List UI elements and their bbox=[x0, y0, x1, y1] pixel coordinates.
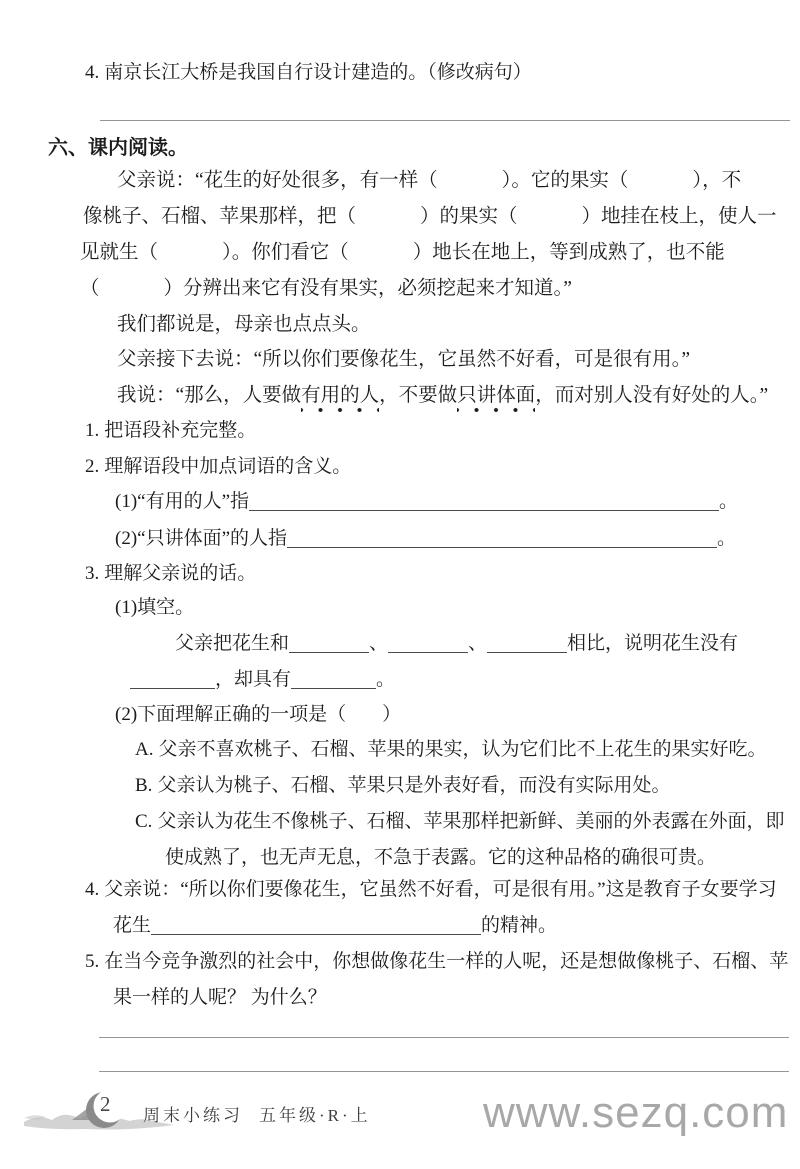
passage-line: 我说：“那么，人要做有用的人，不要做只讲体面，而对别人没有好处的人。” bbox=[117, 383, 768, 409]
question-line-top-4: 4.南京长江大桥是我国自行设计建造的。（修改病句） bbox=[85, 60, 532, 86]
text-run: 像桃子、石榴、苹果那样，把（ bbox=[83, 206, 356, 227]
text-run: 理解父亲说的话。 bbox=[104, 563, 256, 584]
question-3: 3.理解父亲说的话。 bbox=[85, 561, 256, 587]
text-run: 父亲不喜欢桃子、石榴、苹果的果实，认为它们比不上花生的果实好吃。 bbox=[158, 739, 766, 760]
text-run: 理解语段中加点词语的含义。 bbox=[104, 456, 351, 477]
question-5-continued: 果一样的人呢？ 为什么？ bbox=[113, 985, 327, 1011]
fill-in-gap bbox=[346, 719, 382, 720]
answer-blank bbox=[151, 915, 481, 935]
answer-blank bbox=[487, 633, 567, 653]
passage-line: 我们都说是，母亲也点点头。 bbox=[117, 312, 371, 338]
text-run: ）。它的果实（ bbox=[502, 170, 629, 191]
question-2-sub-2: (2)“只讲体面”的人指。 bbox=[115, 526, 736, 552]
text-run: ，却具有 bbox=[215, 669, 291, 690]
choice-option-c-continued: 使成熟了，也无声无息，不急于表露。它的这种品格的确很可贵。 bbox=[165, 845, 716, 871]
passage-line: 父亲说：“花生的好处很多，有一样（）。它的果实（），不 bbox=[117, 168, 741, 194]
text-run: ） bbox=[382, 704, 401, 725]
fill-in-gap bbox=[518, 221, 582, 222]
text-run: 相比，说明花生没有 bbox=[567, 633, 738, 654]
question-2-sub-1: (1)“有用的人”指。 bbox=[115, 489, 738, 515]
text-run: (2)“只讲体面”的人指 bbox=[115, 528, 287, 549]
item-number: 1. bbox=[85, 420, 99, 441]
text-run: ）地挂在枝上，使人一 bbox=[582, 206, 777, 227]
text-run: 父亲说：“花生的好处很多，有一样（ bbox=[117, 170, 438, 191]
text-run: 花生 bbox=[113, 915, 151, 936]
question-4-continued: 花生的精神。 bbox=[113, 913, 557, 939]
watermark-text: www.sezq.com bbox=[483, 1088, 788, 1138]
question-2: 2.理解语段中加点词语的含义。 bbox=[85, 454, 351, 480]
text-run: 、 bbox=[468, 633, 487, 654]
text-run: 在当今竞争激烈的社会中，你想做像花生一样的人呢，还是想做像桃子、石榴、苹 bbox=[104, 951, 788, 972]
text-run: 使成熟了，也无声无息，不急于表露。它的这种品格的确很可贵。 bbox=[165, 847, 716, 868]
text-run: 父亲接下去说：“所以你们要像花生，它虽然不好看，可是很有用。” bbox=[117, 349, 690, 370]
text-run: 父亲认为桃子、石榴、苹果只是外表好看，而没有实际用处。 bbox=[157, 775, 670, 796]
fill-in-gap bbox=[356, 221, 420, 222]
text-run: (1)“有用的人”指 bbox=[115, 491, 249, 512]
page-number: 2 bbox=[100, 1092, 111, 1117]
choice-option-a: A.父亲不喜欢桃子、石榴、苹果的果实，认为它们比不上花生的果实好吃。 bbox=[135, 737, 767, 763]
fill-in-line-2: ，却具有。 bbox=[130, 667, 395, 693]
fill-in-gap bbox=[628, 185, 692, 186]
answer-rule-bottom-2 bbox=[99, 1071, 789, 1072]
text-run: 父亲说：“所以你们要像花生，它虽然不好看，可是很有用。”这是教育子女要学习 bbox=[104, 879, 776, 900]
passage-line: （）分辨出来它有没有果实，必须挖起来才知道。” bbox=[80, 276, 572, 302]
answer-rule-bottom-1 bbox=[99, 1037, 789, 1038]
series-name: 周末小练习 bbox=[143, 1106, 243, 1125]
passage-line: 见就生（）。你们看它（）地长在地上，等到成熟了，也不能 bbox=[80, 240, 725, 266]
item-number: 4. bbox=[85, 879, 99, 900]
footer-series-title: 周末小练习五年级·R·上 bbox=[143, 1101, 371, 1126]
edition-label: 五年级·R·上 bbox=[259, 1106, 371, 1125]
text-run: 我们都说是，母亲也点点头。 bbox=[117, 314, 371, 335]
item-number: C. bbox=[135, 811, 152, 832]
question-3-sub-1: (1)填空。 bbox=[115, 595, 194, 621]
answer-blank bbox=[249, 491, 719, 511]
text-run: ）。你们看它（ bbox=[222, 242, 349, 263]
answer-blank bbox=[130, 669, 215, 689]
text-run: ，不要做 bbox=[379, 385, 457, 406]
question-3-sub-2: (2)下面理解正确的一项是（） bbox=[115, 702, 401, 728]
text-run: 我说：“那么，人要做 bbox=[117, 385, 301, 406]
fill-in-gap bbox=[100, 293, 164, 294]
text-run: 果一样的人呢？ 为什么？ bbox=[113, 987, 327, 1008]
text-run: 、 bbox=[369, 633, 388, 654]
text-run: (2)下面理解正确的一项是（ bbox=[115, 704, 346, 725]
fill-in-gap bbox=[438, 185, 502, 186]
answer-blank bbox=[291, 669, 376, 689]
answer-blank bbox=[289, 633, 369, 653]
text-run: 父亲认为花生不像桃子、石榴、苹果那样把新鲜、美丽的外表露在外面，即 bbox=[157, 811, 784, 832]
fill-in-gap bbox=[349, 257, 413, 258]
question-5: 5.在当今竞争激烈的社会中，你想做像花生一样的人呢，还是想做像桃子、石榴、苹 bbox=[85, 949, 788, 975]
passage-line: 像桃子、石榴、苹果那样，把（）的果实（）地挂在枝上，使人一 bbox=[83, 204, 777, 230]
answer-rule-top bbox=[100, 120, 790, 121]
item-number: 5. bbox=[85, 951, 99, 972]
question-1: 1.把语段补充完整。 bbox=[85, 418, 256, 444]
item-number: A. bbox=[135, 739, 153, 760]
text-run: ）分辨出来它有没有果实，必须挖起来才知道。” bbox=[164, 278, 572, 299]
text-run: 父亲把花生和 bbox=[175, 633, 289, 654]
item-number: 2. bbox=[85, 456, 99, 477]
emphasized-text: 只讲体面 bbox=[457, 385, 535, 413]
page-footer: 2 周末小练习五年级·R·上 www.sezq.com bbox=[0, 1080, 800, 1169]
answer-blank bbox=[388, 633, 468, 653]
text-run: （ bbox=[80, 278, 100, 299]
fill-in-line-1: 父亲把花生和、、相比，说明花生没有 bbox=[175, 631, 738, 657]
item-number: B. bbox=[135, 775, 152, 796]
answer-blank bbox=[287, 528, 717, 548]
text-run: 。 bbox=[717, 528, 736, 549]
question-4: 4.父亲说：“所以你们要像花生，它虽然不好看，可是很有用。”这是教育子女要学习 bbox=[85, 877, 777, 903]
item-number: 3. bbox=[85, 563, 99, 584]
text-run: 南京长江大桥是我国自行设计建造的。（修改病句） bbox=[104, 62, 532, 83]
passage-line: 父亲接下去说：“所以你们要像花生，它虽然不好看，可是很有用。” bbox=[117, 347, 690, 373]
text-run: ）的果实（ bbox=[420, 206, 518, 227]
item-number: 4. bbox=[85, 62, 99, 83]
section-heading: 六、课内阅读。 bbox=[48, 135, 188, 161]
choice-option-c: C.父亲认为花生不像桃子、石榴、苹果那样把新鲜、美丽的外表露在外面，即 bbox=[135, 809, 784, 835]
text-run: ，而对别人没有好处的人。” bbox=[535, 385, 768, 406]
text-run: ），不 bbox=[692, 170, 741, 191]
text-run: 把语段补充完整。 bbox=[104, 420, 256, 441]
text-run: 。 bbox=[376, 669, 395, 690]
choice-option-b: B.父亲认为桃子、石榴、苹果只是外表好看，而没有实际用处。 bbox=[135, 773, 670, 799]
text-run: 见就生（ bbox=[80, 242, 158, 263]
text-run: ）地长在地上，等到成熟了，也不能 bbox=[413, 242, 725, 263]
emphasized-text: 有用的人 bbox=[301, 385, 379, 413]
text-run: 的精神。 bbox=[481, 915, 557, 936]
fill-in-gap bbox=[158, 257, 222, 258]
text-run: 。 bbox=[719, 491, 738, 512]
text-run: (1)填空。 bbox=[115, 597, 194, 618]
